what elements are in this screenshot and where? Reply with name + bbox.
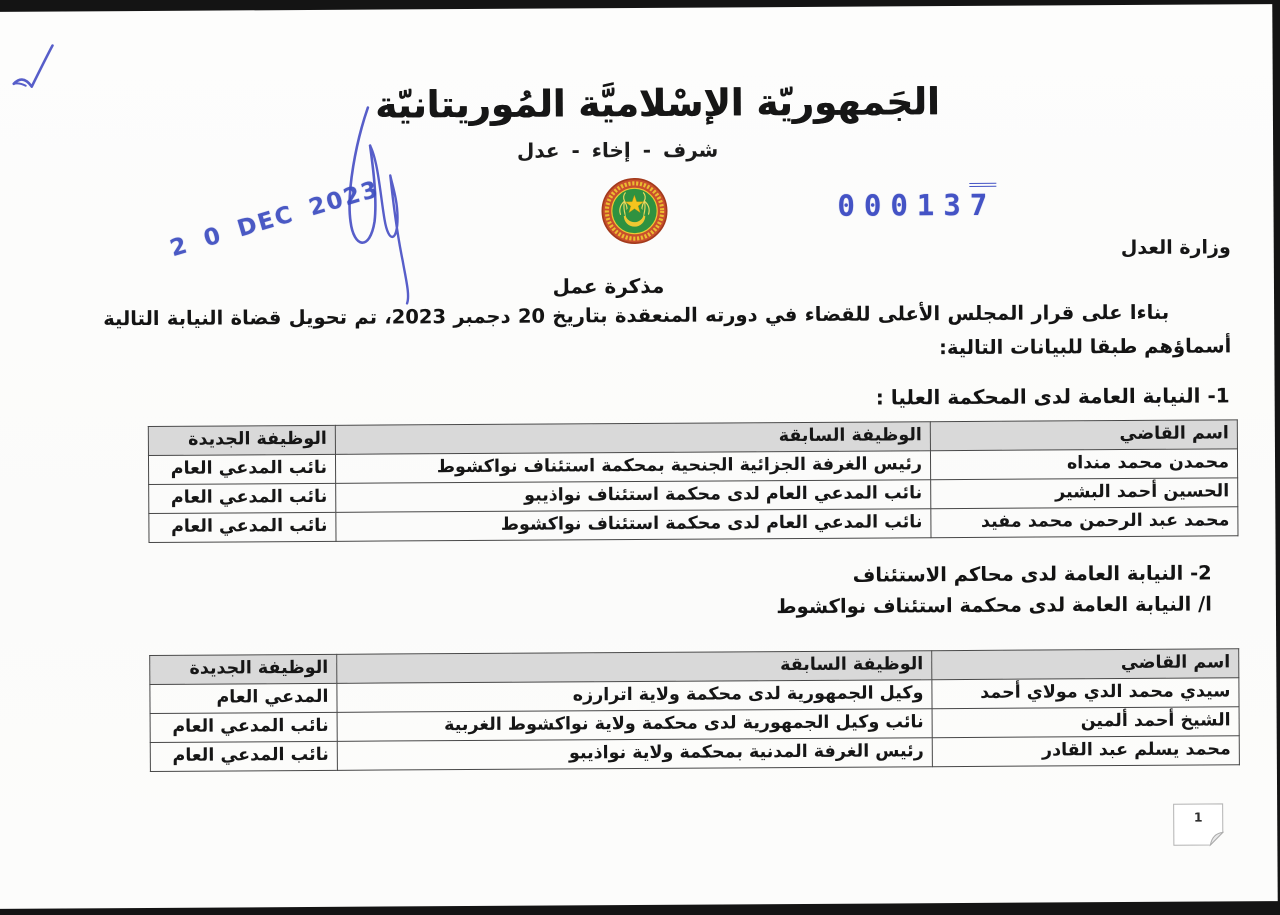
judge-name-cell: محمد يسلم عبد القادر — [932, 736, 1239, 767]
column-header-previous-position: الوظيفة السابقة — [337, 651, 932, 684]
registration-number: 000137 — [837, 188, 996, 223]
column-header-previous-position: الوظيفة السابقة — [335, 422, 930, 455]
column-header-new-position: الوظيفة الجديدة — [148, 425, 335, 455]
table-row: محمد يسلم عبد القادر رئيس الغرفة المدنية… — [150, 736, 1239, 772]
previous-position-cell: رئيس الغرفة الجزائية الجنحية بمحكمة استئ… — [335, 451, 930, 484]
scan-page: الجَمهوريّة الإسْلاميَّة المُوريتانيّة ش… — [0, 4, 1278, 909]
judge-name-cell: محمد عبد الرحمن محمد مفيد — [931, 507, 1238, 538]
supreme-court-prosecution-table: اسم القاضي الوظيفة السابقة الوظيفة الجدي… — [148, 419, 1239, 543]
previous-position-cell: وكيل الجمهورية لدى محكمة ولاية اترارزه — [337, 680, 932, 713]
previous-position-cell: نائب وكيل الجمهورية لدى محكمة ولاية نواك… — [337, 709, 932, 742]
table-row: محمد عبد الرحمن محمد مفيد نائب المدعي ال… — [149, 507, 1238, 543]
appeal-courts-prosecution-table: اسم القاضي الوظيفة السابقة الوظيفة الجدي… — [149, 648, 1240, 772]
previous-position-cell: نائب المدعي العام لدى محكمة استئناف نواك… — [336, 509, 931, 542]
new-position-cell: نائب المدعي العام — [148, 454, 335, 484]
previous-position-cell: نائب المدعي العام لدى محكمة استئناف نواذ… — [336, 480, 931, 513]
page-number: 1 — [1172, 809, 1224, 824]
new-position-cell: نائب المدعي العام — [150, 712, 337, 742]
memo-body: بناءا على قرار المجلس الأعلى للقضاء في د… — [103, 295, 1231, 370]
scanned-document: الجَمهوريّة الإسْلاميَّة المُوريتانيّة ش… — [0, 0, 1280, 915]
section-2-subheading: ا/ النيابة العامة لدى محكمة استئناف نواك… — [776, 588, 1212, 622]
judge-name-cell: الحسين أحمد البشير — [931, 478, 1238, 509]
judge-name-cell: الشيخ أحمد ألمين — [932, 707, 1239, 738]
column-header-judge-name: اسم القاضي — [932, 649, 1239, 680]
section-1-heading: 1- النيابة العامة لدى المحكمة العليا : — [876, 383, 1230, 409]
judge-name-cell: محمدن محمد منداه — [930, 449, 1237, 480]
national-motto: شرف - إخاء - عدل — [0, 134, 1243, 166]
national-emblem-icon — [601, 178, 667, 244]
checkmark-icon — [5, 31, 65, 93]
column-header-new-position: الوظيفة الجديدة — [150, 654, 337, 684]
republic-title: الجَمهوريّة الإسْلاميَّة المُوريتانيّة — [42, 78, 1273, 129]
new-position-cell: نائب المدعي العام — [150, 741, 337, 771]
judge-name-cell: سيدي محمد الدي مولاي أحمد — [932, 678, 1239, 709]
registration-number-last-digit: 7 — [970, 183, 997, 222]
section-2-heading: 2- النيابة العامة لدى محاكم الاستئناف — [776, 557, 1212, 591]
registration-number-prefix: 00013 — [837, 188, 970, 223]
new-position-cell: نائب المدعي العام — [149, 483, 336, 513]
new-position-cell: نائب المدعي العام — [149, 512, 336, 542]
previous-position-cell: رئيس الغرفة المدنية بمحكمة ولاية نواذيبو — [337, 738, 932, 771]
new-position-cell: المدعي العام — [150, 683, 337, 713]
page-number-marker: 1 — [1172, 802, 1224, 846]
column-header-judge-name: اسم القاضي — [930, 420, 1237, 451]
ministry-name: وزارة العدل — [1121, 236, 1231, 259]
section-2-headings: 2- النيابة العامة لدى محاكم الاستئناف ا/… — [776, 557, 1212, 622]
